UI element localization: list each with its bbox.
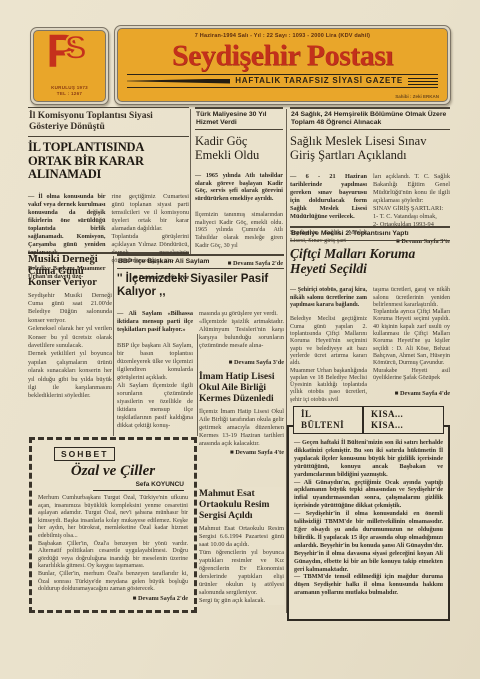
masthead-panel: 7 Haziran-1994 Salı - Yıl : 22 Sayı : 10…: [117, 28, 448, 102]
story-headline: İL TOPLANTISINDA ORTAK BİR KARAR ALINAMA…: [28, 141, 189, 182]
story-ciftci-mallari: Belediye Meclisi 2. Toplantısını Yaptı Ç…: [290, 226, 450, 411]
story-lead: — 6 - 21 Haziran tarihlerinde yapılması …: [290, 173, 367, 221]
logo-letter-s: S: [65, 31, 88, 65]
continued-on-page: ■ Devamı Sayfa 4'te: [199, 449, 284, 457]
story-imam-hatip-kermes: İmam Hatip Lisesi Okul Aile Birliği Kerm…: [199, 370, 284, 457]
column-label: SOHBET: [54, 447, 115, 461]
newspaper-title: Seydişehir Postası: [118, 40, 447, 72]
kisa-kisa-title-box: KISA... KISA...: [363, 406, 444, 434]
subtitle-strip: HAFTALIK TARAFSIZ SİYASİ GAZETE: [127, 74, 438, 88]
section-il-bulteni: İL BÜLTENİ KISA... KISA... — Geçen hafta…: [287, 406, 450, 621]
story-kicker: Belediye Meclisi 2. Toplantısını Yaptı: [290, 226, 450, 241]
story-column: — Ali Saylam «Bilhassa iktidara mensup p…: [117, 302, 193, 438]
strip-swoosh-icon: [127, 79, 230, 84]
story-kadir-goc: Türk Maliyesine 30 Yıl Hizmet Verdi Kadi…: [195, 107, 283, 257]
story-musiki-dernegi: Musiki Derneği Cuma Günü Konser Veriyor …: [28, 254, 112, 401]
story-kicker: 24 Sağlık, 24 Hemşirelik Bölümüne Olmak …: [290, 107, 450, 130]
story-text: Mahmut Esat Ortaokulu Resim Sergisi 6.6.…: [199, 525, 284, 605]
story-headline: Çiftçi Malları Koruma Heyeti Seçildi: [290, 246, 450, 276]
bulletin-body-box: — Geçen haftaki İl Bülteni'mizin son iki…: [287, 425, 450, 621]
story-column: taşıma ücretleri, garaj ve nikâh salonu …: [373, 280, 450, 411]
bulletin-title-box: İL BÜLTENİ: [293, 406, 363, 434]
story-text: Seydişehir Musiki Derneği Cuma günü saat…: [28, 292, 112, 401]
story-mahmut-esat-sergi: Mahmut Esat Ortaokulu Resim Sergisi Açıl…: [199, 487, 284, 605]
continued-on-page: ■ Devamı Sayfa 3'de: [199, 359, 284, 367]
story-kicker: İl Komisyonu Toplantısı Siyasi Gösteriye…: [28, 107, 189, 137]
column-sohbet: SOHBET Özal ve Çiller Sefa KOYUNCU Merhu…: [29, 437, 197, 613]
story-text: İlçemizin tanınmış simalarından maliyeci…: [195, 212, 283, 251]
story-text: masında şu görüşlere yer verdi. «İlçemiz…: [199, 310, 284, 350]
continued-on-page: ■ Devamı Sayfa 4'de: [373, 390, 450, 398]
story-lead: — İl olma konusunda bir vakıf veya derne…: [28, 193, 106, 257]
story-lead: — 1965 yılında Atlı tahsildar olarak gör…: [195, 173, 283, 204]
story-headline: İmam Hatip Lisesi Okul Aile Birliği Kerm…: [199, 372, 284, 405]
bulletin-text: — Geçen haftaki İl Bülteni'mizin son iki…: [294, 439, 443, 597]
story-kicker: Türk Maliyesine 30 Yıl Hizmet Verdi: [195, 107, 283, 130]
story-text: taşıma ücretleri, garaj ve nikâh salonu …: [373, 287, 450, 382]
story-headline: '' İlçemizdeki Siyasiler Pasif Kalıyor ,…: [117, 273, 284, 299]
masthead-box: 7 Haziran-1994 Salı - Yıl : 22 Sayı : 10…: [114, 25, 451, 105]
strip-lines-icon: [408, 78, 438, 85]
story-il-toplantisi: İl Komisyonu Toplantısı Siyasi Gösteriye…: [28, 107, 189, 254]
newspaper-logo-box: P S KURULUŞ 1973 TEL : 1267: [30, 27, 109, 105]
continued-on-page: ■ Devamı Sayfa 2'de: [38, 595, 188, 603]
column-title: Özal ve Çiller: [38, 463, 188, 479]
logo-monogram-icon: P S: [43, 35, 97, 81]
story-headline: Sağlık Meslek Lisesi Sınav Giriş Şartlar…: [290, 134, 450, 162]
story-lead: — Şehiriçi otobüs, garaj kira, nikâh sal…: [290, 287, 367, 309]
logo-caption: KURULUŞ 1973 TEL : 1267: [34, 85, 105, 97]
logo-panel: P S KURULUŞ 1973 TEL : 1267: [33, 30, 106, 102]
story-headline: Kadir Göç Emekli Oldu: [195, 134, 283, 162]
story-lead: — Ali Saylam «Bilhassa iktidara mensup p…: [117, 310, 193, 334]
story-text: BBP ilçe başkanı Ali Saylam, bir basın t…: [117, 342, 193, 430]
story-text: Belediye Meclisi geçtiğimiz Cuma günü ya…: [290, 316, 367, 404]
story-text: İlçemiz İmam Hatip Lisesi Okul Aile Birl…: [199, 408, 284, 448]
newspaper-front-page: P S KURULUŞ 1973 TEL : 1267 7 Haziran-19…: [0, 0, 480, 679]
column-text: Merhum Cumhurbaşkanı Turgut Özal, Türkiy…: [38, 495, 188, 594]
column-rule: [190, 109, 191, 255]
story-column: — Şehiriçi otobüs, garaj kira, nikâh sal…: [290, 280, 367, 411]
owner-line: Sahibi : Zeki ERKAN: [395, 94, 439, 100]
story-headline: Musiki Derneği Cuma Günü Konser Veriyor: [28, 254, 112, 289]
story-kicker: BBP İlçe Başkanı Ali Saylam: [117, 254, 284, 269]
logo-phone-line: TEL : 1267: [34, 91, 105, 97]
newspaper-subtitle: HAFTALIK TARAFSIZ SİYASİ GAZETE: [235, 76, 403, 86]
story-headline: Mahmut Esat Ortaokulu Resim Sergisi Açıl…: [199, 489, 284, 522]
story-text: ları açıklandı. T. C. Sağlık Bakanlığı E…: [373, 173, 450, 229]
column-byline: Sefa KOYUNCU: [93, 481, 184, 491]
